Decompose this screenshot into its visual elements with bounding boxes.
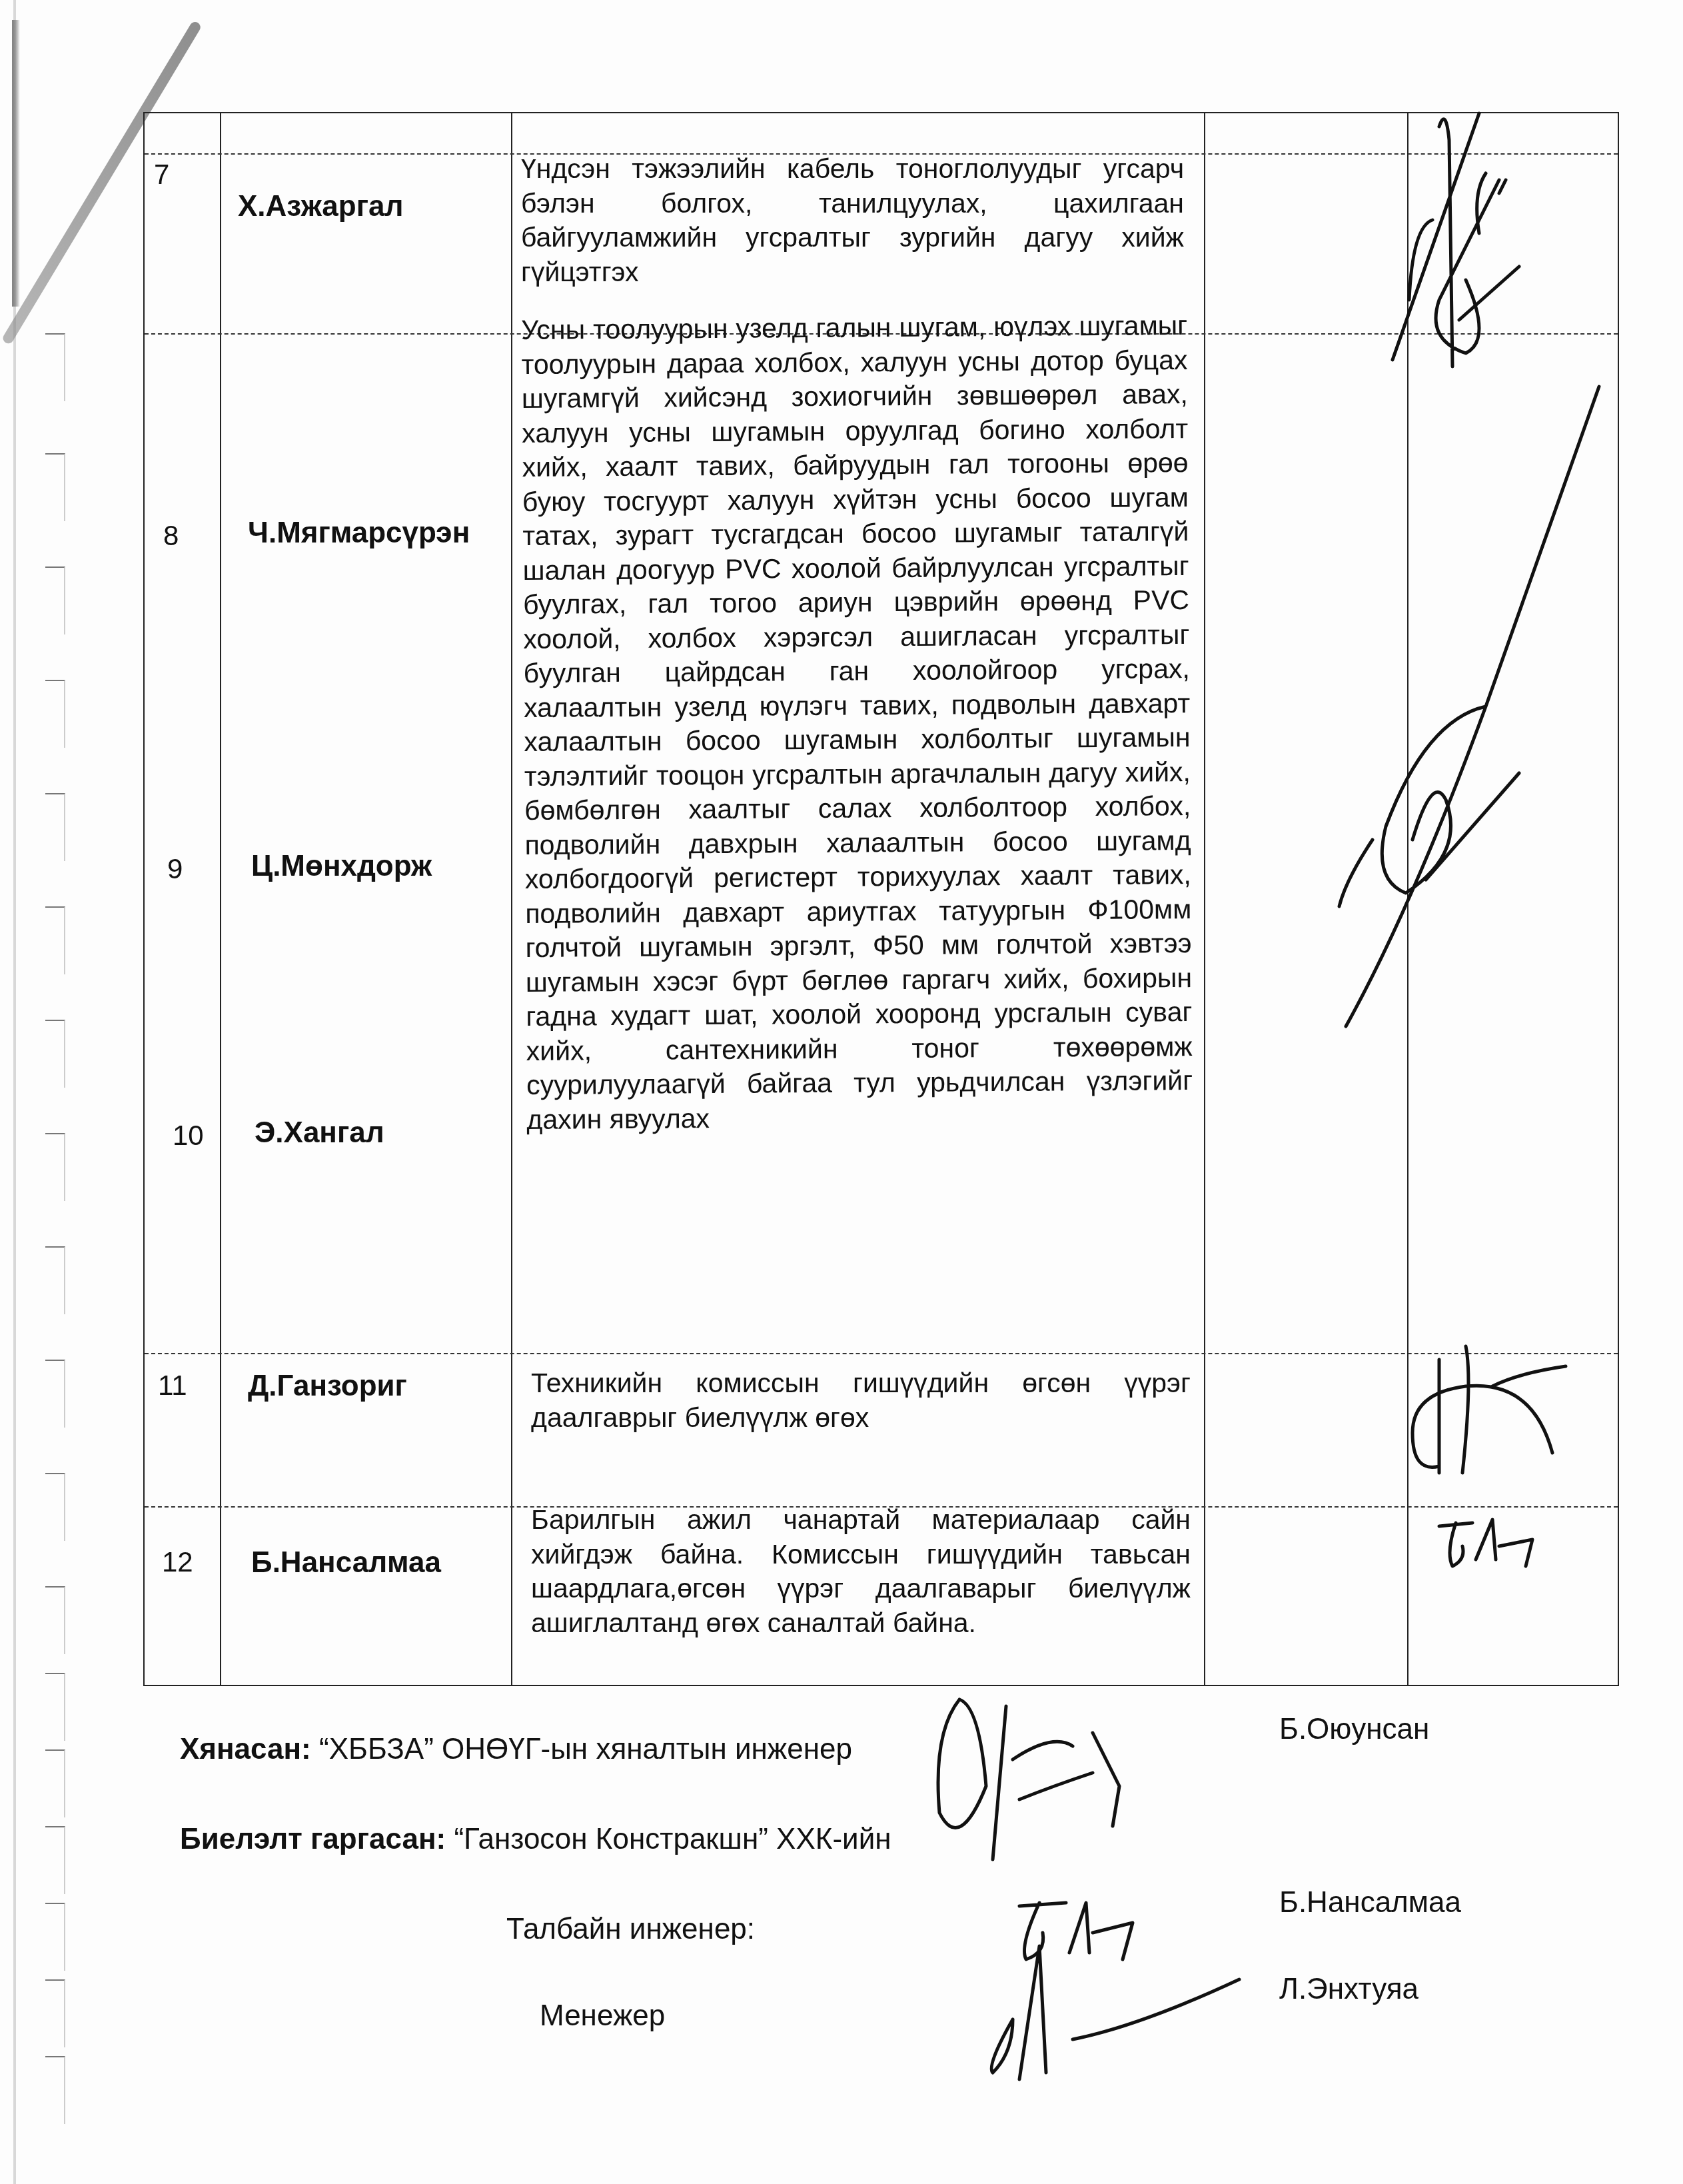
punch-hole xyxy=(45,1826,65,1894)
checked-label: Хянасан: xyxy=(180,1733,311,1765)
row-description-merged: Усны тоолуурын узелд галын шугам, юүлэх … xyxy=(521,309,1193,1137)
row-number: 10 xyxy=(173,1120,204,1152)
performed-org: “Ганзосон Констракшн” ХХК-ийн xyxy=(454,1823,891,1855)
punch-hole xyxy=(45,1473,65,1541)
member-name: Ц.Мөнхдорж xyxy=(251,850,432,883)
punch-hole xyxy=(45,1586,65,1654)
signature-checked xyxy=(919,1693,1199,1866)
punch-hole xyxy=(45,1133,65,1201)
binding-shadow xyxy=(12,20,20,307)
punch-hole xyxy=(45,906,65,974)
row-number: 9 xyxy=(167,853,183,885)
punch-hole xyxy=(45,453,65,521)
punch-hole xyxy=(45,1020,65,1088)
member-name: Ч.Мягмарсүрэн xyxy=(248,517,470,550)
punch-hole xyxy=(45,1903,65,1971)
row-description: Техникийн комиссын гишүүдийн өгсөн үүрэг… xyxy=(531,1366,1191,1435)
signature-row-12 xyxy=(1432,1513,1539,1573)
signature-row-11 xyxy=(1399,1340,1572,1493)
punch-hole xyxy=(45,566,65,634)
manager-label: Менежер xyxy=(540,1999,665,2033)
performed-label: Биелэлт гаргасан: xyxy=(180,1823,446,1855)
punch-hole xyxy=(45,333,65,401)
signature-rows-8-10 xyxy=(1333,373,1612,1040)
signature-manager xyxy=(973,1946,1266,2093)
checked-by-line: Хянасан: “ХББЗА” ОНӨҮГ-ын хяналтын инжен… xyxy=(180,1733,852,1766)
row-description: Үндсэн тэжээлийн кабель тоноглолуудыг уг… xyxy=(521,152,1184,289)
row-divider xyxy=(145,1353,1618,1354)
row-number: 7 xyxy=(154,159,169,191)
punch-hole xyxy=(45,793,65,861)
punch-hole xyxy=(45,1749,65,1817)
punch-hole xyxy=(45,680,65,748)
member-name: Э.Хангал xyxy=(255,1116,384,1150)
row-number: 8 xyxy=(163,520,179,552)
column-divider xyxy=(220,113,221,1685)
checked-person: Б.Оюунсан xyxy=(1279,1713,1429,1746)
punch-hole xyxy=(45,1673,65,1741)
column-divider xyxy=(511,113,512,1685)
punch-hole xyxy=(45,1246,65,1314)
site-engineer-label: Талбайн инженер: xyxy=(506,1913,755,1946)
member-name: Х.Азжаргал xyxy=(238,190,403,223)
row-number: 11 xyxy=(158,1370,187,1402)
member-name: Д.Ганзориг xyxy=(248,1370,407,1403)
row-number: 12 xyxy=(162,1546,193,1578)
punch-hole xyxy=(45,2056,65,2124)
column-divider xyxy=(1204,113,1205,1685)
site-engineer-name: Б.Нансалмаа xyxy=(1279,1886,1461,1919)
punch-hole xyxy=(45,1979,65,2047)
checked-org: “ХББЗА” ОНӨҮГ-ын хяналтын инженер xyxy=(319,1733,852,1765)
row-description: Барилгын ажил чанартай материалаар сайн … xyxy=(531,1503,1191,1640)
signature-row-7 xyxy=(1386,100,1559,380)
manager-name: Л.Энхтуяа xyxy=(1279,1973,1418,2006)
performed-by-line: Биелэлт гаргасан: “Ганзосон Констракшн” … xyxy=(180,1823,891,1856)
member-name: Б.Нансалмаа xyxy=(251,1546,441,1580)
punch-hole xyxy=(45,1360,65,1428)
